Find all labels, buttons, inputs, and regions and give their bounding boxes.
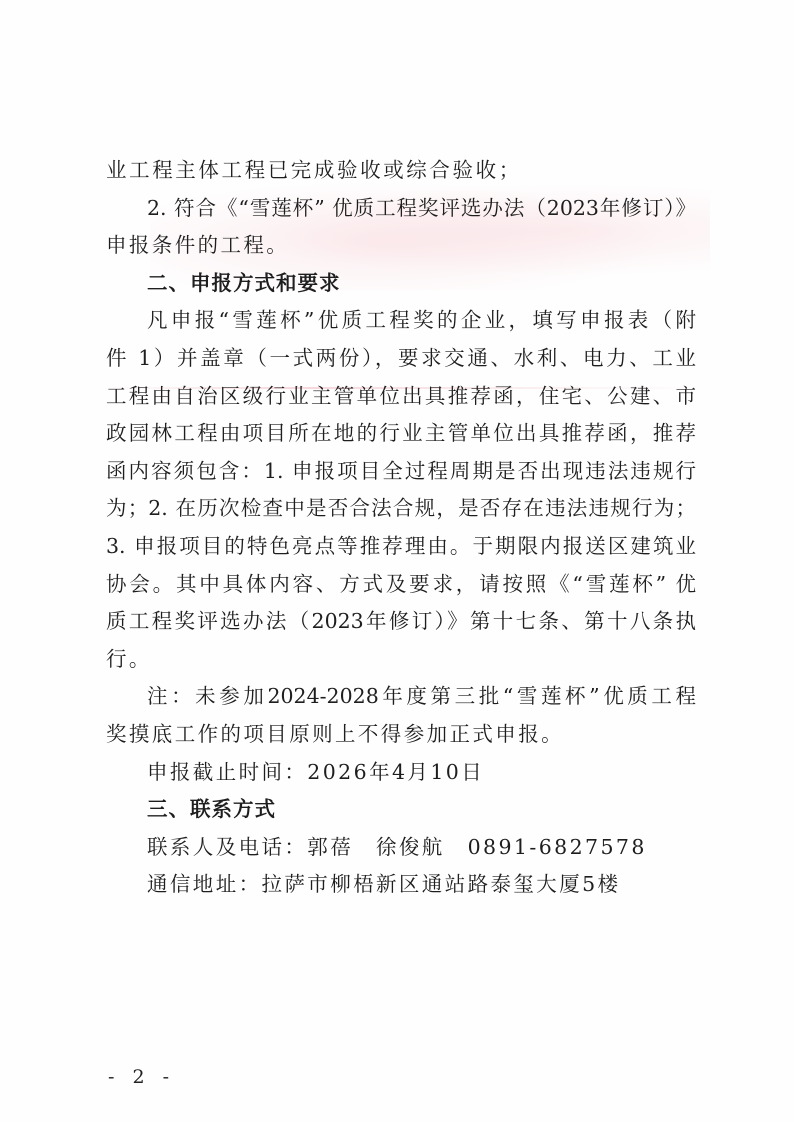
paragraph-line: 行。 — [106, 641, 696, 679]
paragraph-line: 工程由自治区级行业主管单位出具推荐函，住宅、公建、市 — [106, 378, 696, 416]
deadline-line: 申报截止时间：2026年4月10日 — [106, 754, 696, 792]
note-line: 奖摸底工作的项目原则上不得参加正式申报。 — [106, 716, 696, 754]
paragraph-line: 2. 符合《“雪莲杯” 优质工程奖评选办法（2023年修订）》 — [106, 190, 696, 228]
contact-address-line: 通信地址：拉萨市柳梧新区通站路泰玺大厦5楼 — [106, 866, 696, 904]
paragraph-line: 质工程奖评选办法（2023年修订）》第十七条、第十八条执 — [106, 603, 696, 641]
paragraph-line: 政园林工程由项目所在地的行业主管单位出具推荐函，推荐 — [106, 415, 696, 453]
section-heading-application-method: 二、申报方式和要求 — [106, 265, 696, 303]
paragraph-line: 件 1）并盖章（一式两份），要求交通、水利、电力、工业 — [106, 340, 696, 378]
document-body: 业工程主体工程已完成验收或综合验收； 2. 符合《“雪莲杯” 优质工程奖评选办法… — [106, 152, 696, 904]
paragraph-line: 业工程主体工程已完成验收或综合验收； — [106, 152, 696, 190]
contact-phone-line: 联系人及电话：郭蓓 徐俊航 0891-6827578 — [106, 829, 696, 867]
note-line: 注：未参加2024-2028年度第三批“雪莲杯”优质工程 — [106, 678, 696, 716]
paragraph-line: 3. 申报项目的特色亮点等推荐理由。于期限内报送区建筑业 — [106, 528, 696, 566]
paragraph-line: 函内容须包含：1. 申报项目全过程周期是否出现违法违规行 — [106, 453, 696, 491]
paragraph-line: 为；2. 在历次检查中是否合法合规，是否存在违法违规行为； — [106, 490, 696, 528]
document-page: 业工程主体工程已完成验收或综合验收； 2. 符合《“雪莲杯” 优质工程奖评选办法… — [0, 0, 794, 1122]
page-number: - 2 - — [108, 1066, 175, 1088]
paragraph-line: 凡申报“雪莲杯”优质工程奖的企业，填写申报表（附 — [106, 302, 696, 340]
paragraph-line: 申报条件的工程。 — [106, 227, 696, 265]
section-heading-contact: 三、联系方式 — [106, 791, 696, 829]
paragraph-line: 协会。其中具体内容、方式及要求，请按照《“雪莲杯” 优 — [106, 566, 696, 604]
